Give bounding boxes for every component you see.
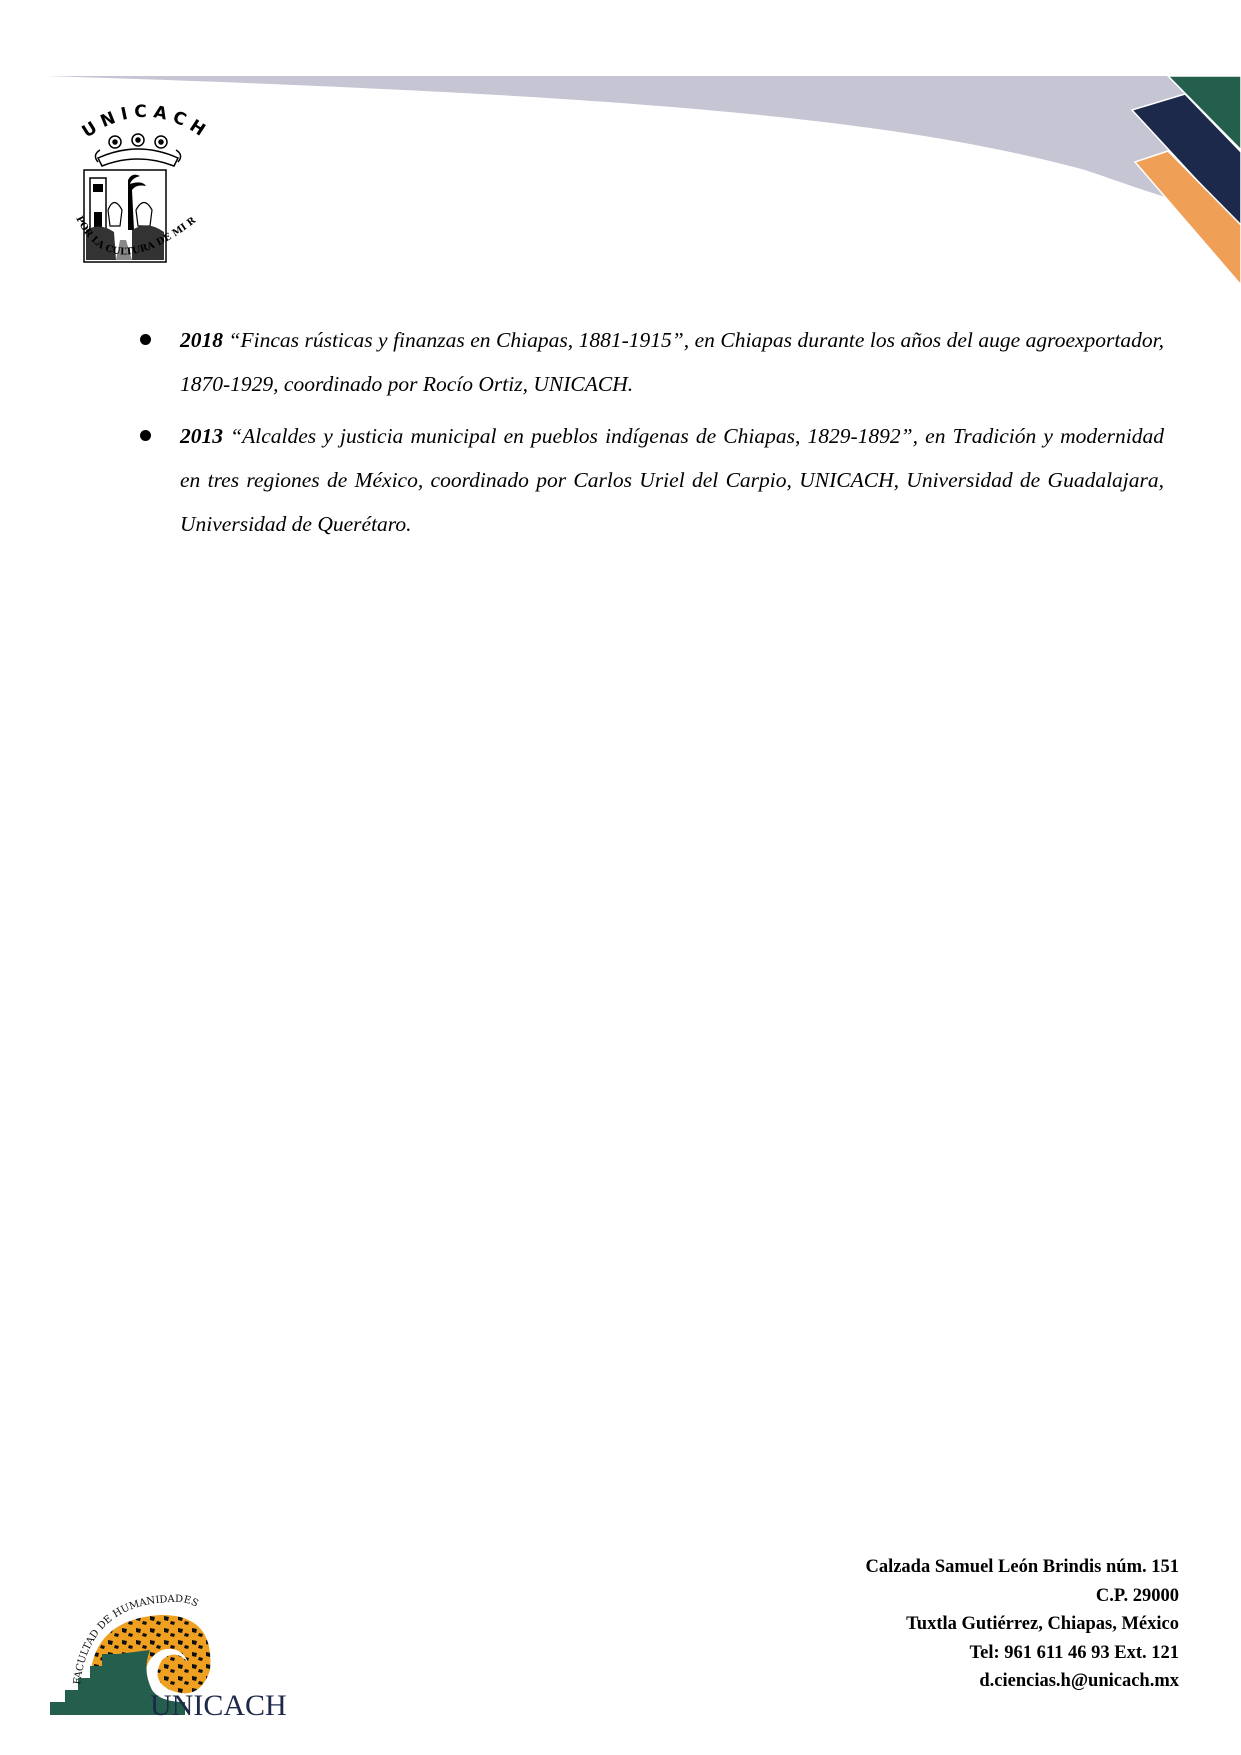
crest-top-text: UNICACH	[79, 102, 214, 144]
gray-swoosh-band	[45, 76, 1241, 215]
address-phone: Tel: 961 611 46 93 Ext. 121	[865, 1639, 1179, 1668]
facultad-humanidades-logo: FACULTAD DE HUMANIDADES UNICACH	[50, 1590, 310, 1720]
address-city: Tuxtla Gutiérrez, Chiapas, México	[865, 1610, 1179, 1639]
bullet-icon	[140, 430, 151, 441]
publication-entry: 2013 “Alcaldes y justicia municipal en p…	[140, 414, 1164, 546]
publication-list: 2018 “Fincas rústicas y finanzas en Chia…	[140, 318, 1164, 554]
entry-details: , coordinado por Rocío Ortiz, UNICACH.	[273, 372, 633, 396]
bullet-icon	[140, 334, 151, 345]
entry-connector: , en	[913, 424, 953, 448]
publication-entry: 2018 “Fincas rústicas y finanzas en Chia…	[140, 318, 1164, 406]
address-street: Calzada Samuel León Brindis núm. 151	[865, 1553, 1179, 1582]
svg-text:UNICACH: UNICACH	[79, 102, 214, 144]
unicach-crest-logo: UNICACH POR LA CULTURA DE MI RAZA	[70, 100, 220, 275]
footer-address: Calzada Samuel León Brindis núm. 151 C.P…	[865, 1553, 1179, 1696]
entry-year: 2013	[180, 424, 223, 448]
entry-connector: , en	[684, 328, 721, 352]
entry-year: 2018	[180, 328, 223, 352]
entry-title: “Alcaldes y justicia municipal en pueblo…	[230, 424, 912, 448]
address-email[interactable]: d.ciencias.h@unicach.mx	[865, 1667, 1179, 1696]
entry-title: “Fincas rústicas y finanzas en Chiapas, …	[229, 328, 684, 352]
logo-name: UNICACH	[150, 1689, 287, 1720]
crown-icon	[95, 134, 180, 166]
address-postal-code: C.P. 29000	[865, 1582, 1179, 1611]
